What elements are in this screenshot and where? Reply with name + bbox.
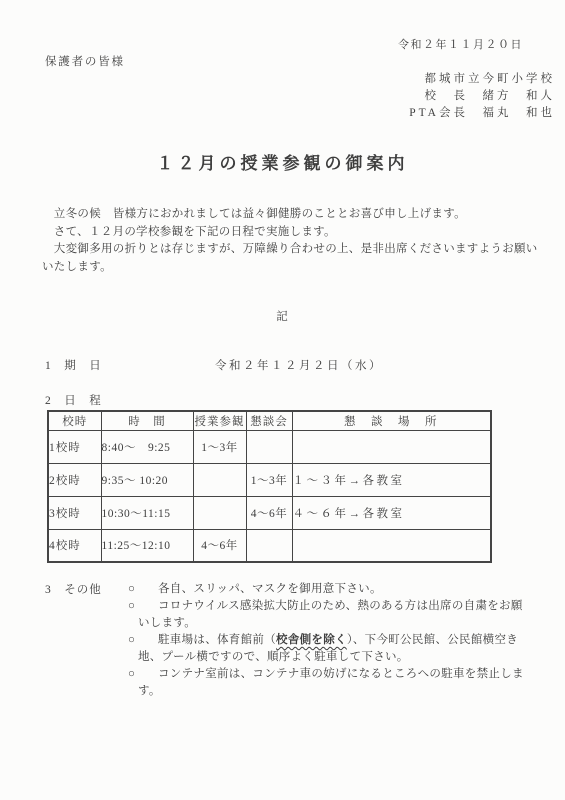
bullet-circle-icon: ○ (128, 598, 158, 615)
cell-observation (193, 496, 246, 529)
cell-place: ４～６年→各教室 (292, 496, 491, 529)
cell-period: 3校時 (48, 496, 101, 529)
cell-place (292, 529, 491, 562)
cell-time: 8:40～ 9:25 (101, 430, 193, 463)
notes-list: ○各自、スリッパ、マスクを御用意下さい。○コロナウイルス感染拡大防止のため、熱の… (128, 581, 530, 700)
cell-period: 2校時 (48, 463, 101, 496)
cell-meeting: 1～3年 (246, 463, 292, 496)
addressee: 保護者の皆様 (45, 53, 125, 69)
cell-meeting: 4～6年 (246, 496, 292, 529)
col-header-observation: 授業参観 (193, 411, 246, 430)
note-item: ○コロナウイルス感染拡大防止のため、熱のある方は出席の自粛をお願 いします。 (128, 598, 530, 632)
table-row: 4校時 11:25～12:10 4～6年 (48, 529, 491, 562)
cell-place: １～３年→各教室 (292, 463, 491, 496)
table-row: 1校時 8:40～ 9:25 1～3年 (48, 430, 491, 463)
sender-block: 都城市立今町小学校校 長 緒方 和人PTA会長 福丸 和也 (409, 71, 555, 122)
cell-observation: 4～6年 (193, 529, 246, 562)
col-header-meeting: 懇談会 (246, 411, 292, 430)
note-text: 駐車場は、体育館前（校舎側を除く）、下今町公民館、公民館横空き 地、プール横です… (138, 634, 518, 663)
cell-meeting (246, 529, 292, 562)
section-other-label: 3 その他 (45, 581, 102, 597)
table-row: 2校時 9:35～ 10:20 1～3年 １～３年→各教室 (48, 463, 491, 496)
note-item: ○各自、スリッパ、マスクを御用意下さい。 (128, 581, 530, 598)
note-text: コンテナ室前は、コンテナ車の妨げになるところへの駐車を禁止しま す。 (138, 668, 524, 697)
note-item: ○駐車場は、体育館前（校舎側を除く）、下今町公民館、公民館横空き 地、プール横で… (128, 632, 530, 666)
cell-observation (193, 463, 246, 496)
section-schedule-label: 2 日 程 (45, 392, 102, 408)
emphasized-no-parking-text: 校舎側を除く (276, 634, 347, 646)
cell-meeting (246, 430, 292, 463)
bullet-circle-icon: ○ (128, 581, 158, 598)
cell-observation: 1～3年 (193, 430, 246, 463)
bullet-circle-icon: ○ (128, 632, 158, 649)
cell-time: 11:25～12:10 (101, 529, 193, 562)
cell-time: 9:35～ 10:20 (101, 463, 193, 496)
section-date: 1 期 日令和２年１２月２日（水） (45, 357, 383, 373)
bullet-circle-icon: ○ (128, 666, 158, 683)
cell-period: 4校時 (48, 529, 101, 562)
cell-place (292, 430, 491, 463)
cell-time: 10:30～11:15 (101, 496, 193, 529)
document-page: 令和２年１１月２０日 保護者の皆様 都城市立今町小学校校 長 緒方 和人PTA会… (0, 0, 565, 800)
col-header-period: 校時 (48, 411, 101, 430)
cell-period: 1校時 (48, 430, 101, 463)
body-paragraphs: 立冬の候 皆様方におかれましては益々御健勝のこととお喜び申し上げます。 さて、１… (42, 206, 554, 276)
page-title: １２月の授業参観の御案内 (0, 149, 565, 174)
document-date: 令和２年１１月２０日 (398, 36, 523, 52)
col-header-place: 懇 談 場 所 (292, 411, 491, 430)
col-header-time: 時 間 (101, 411, 193, 430)
sender-school: 都城市立今町小学校 (409, 71, 555, 88)
table-row: 3校時 10:30～11:15 4～6年 ４～６年→各教室 (48, 496, 491, 529)
table-header-row: 校時 時 間 授業参観 懇談会 懇 談 場 所 (48, 411, 491, 430)
note-text: 各自、スリッパ、マスクを御用意下さい。 (158, 583, 382, 595)
sender-pta-chair: PTA会長 福丸 和也 (409, 105, 555, 122)
section-date-label: 1 期 日 (45, 357, 215, 373)
record-mark: 記 (0, 308, 565, 324)
schedule-table: 校時 時 間 授業参観 懇談会 懇 談 場 所 1校時 8:40～ 9:25 1… (47, 410, 492, 563)
section-date-value: 令和２年１２月２日（水） (215, 360, 383, 372)
sender-principal: 校 長 緒方 和人 (409, 88, 555, 105)
note-text: コロナウイルス感染拡大防止のため、熱のある方は出席の自粛をお願 いします。 (138, 600, 523, 629)
note-item: ○コンテナ室前は、コンテナ車の妨げになるところへの駐車を禁止しま す。 (128, 666, 530, 700)
